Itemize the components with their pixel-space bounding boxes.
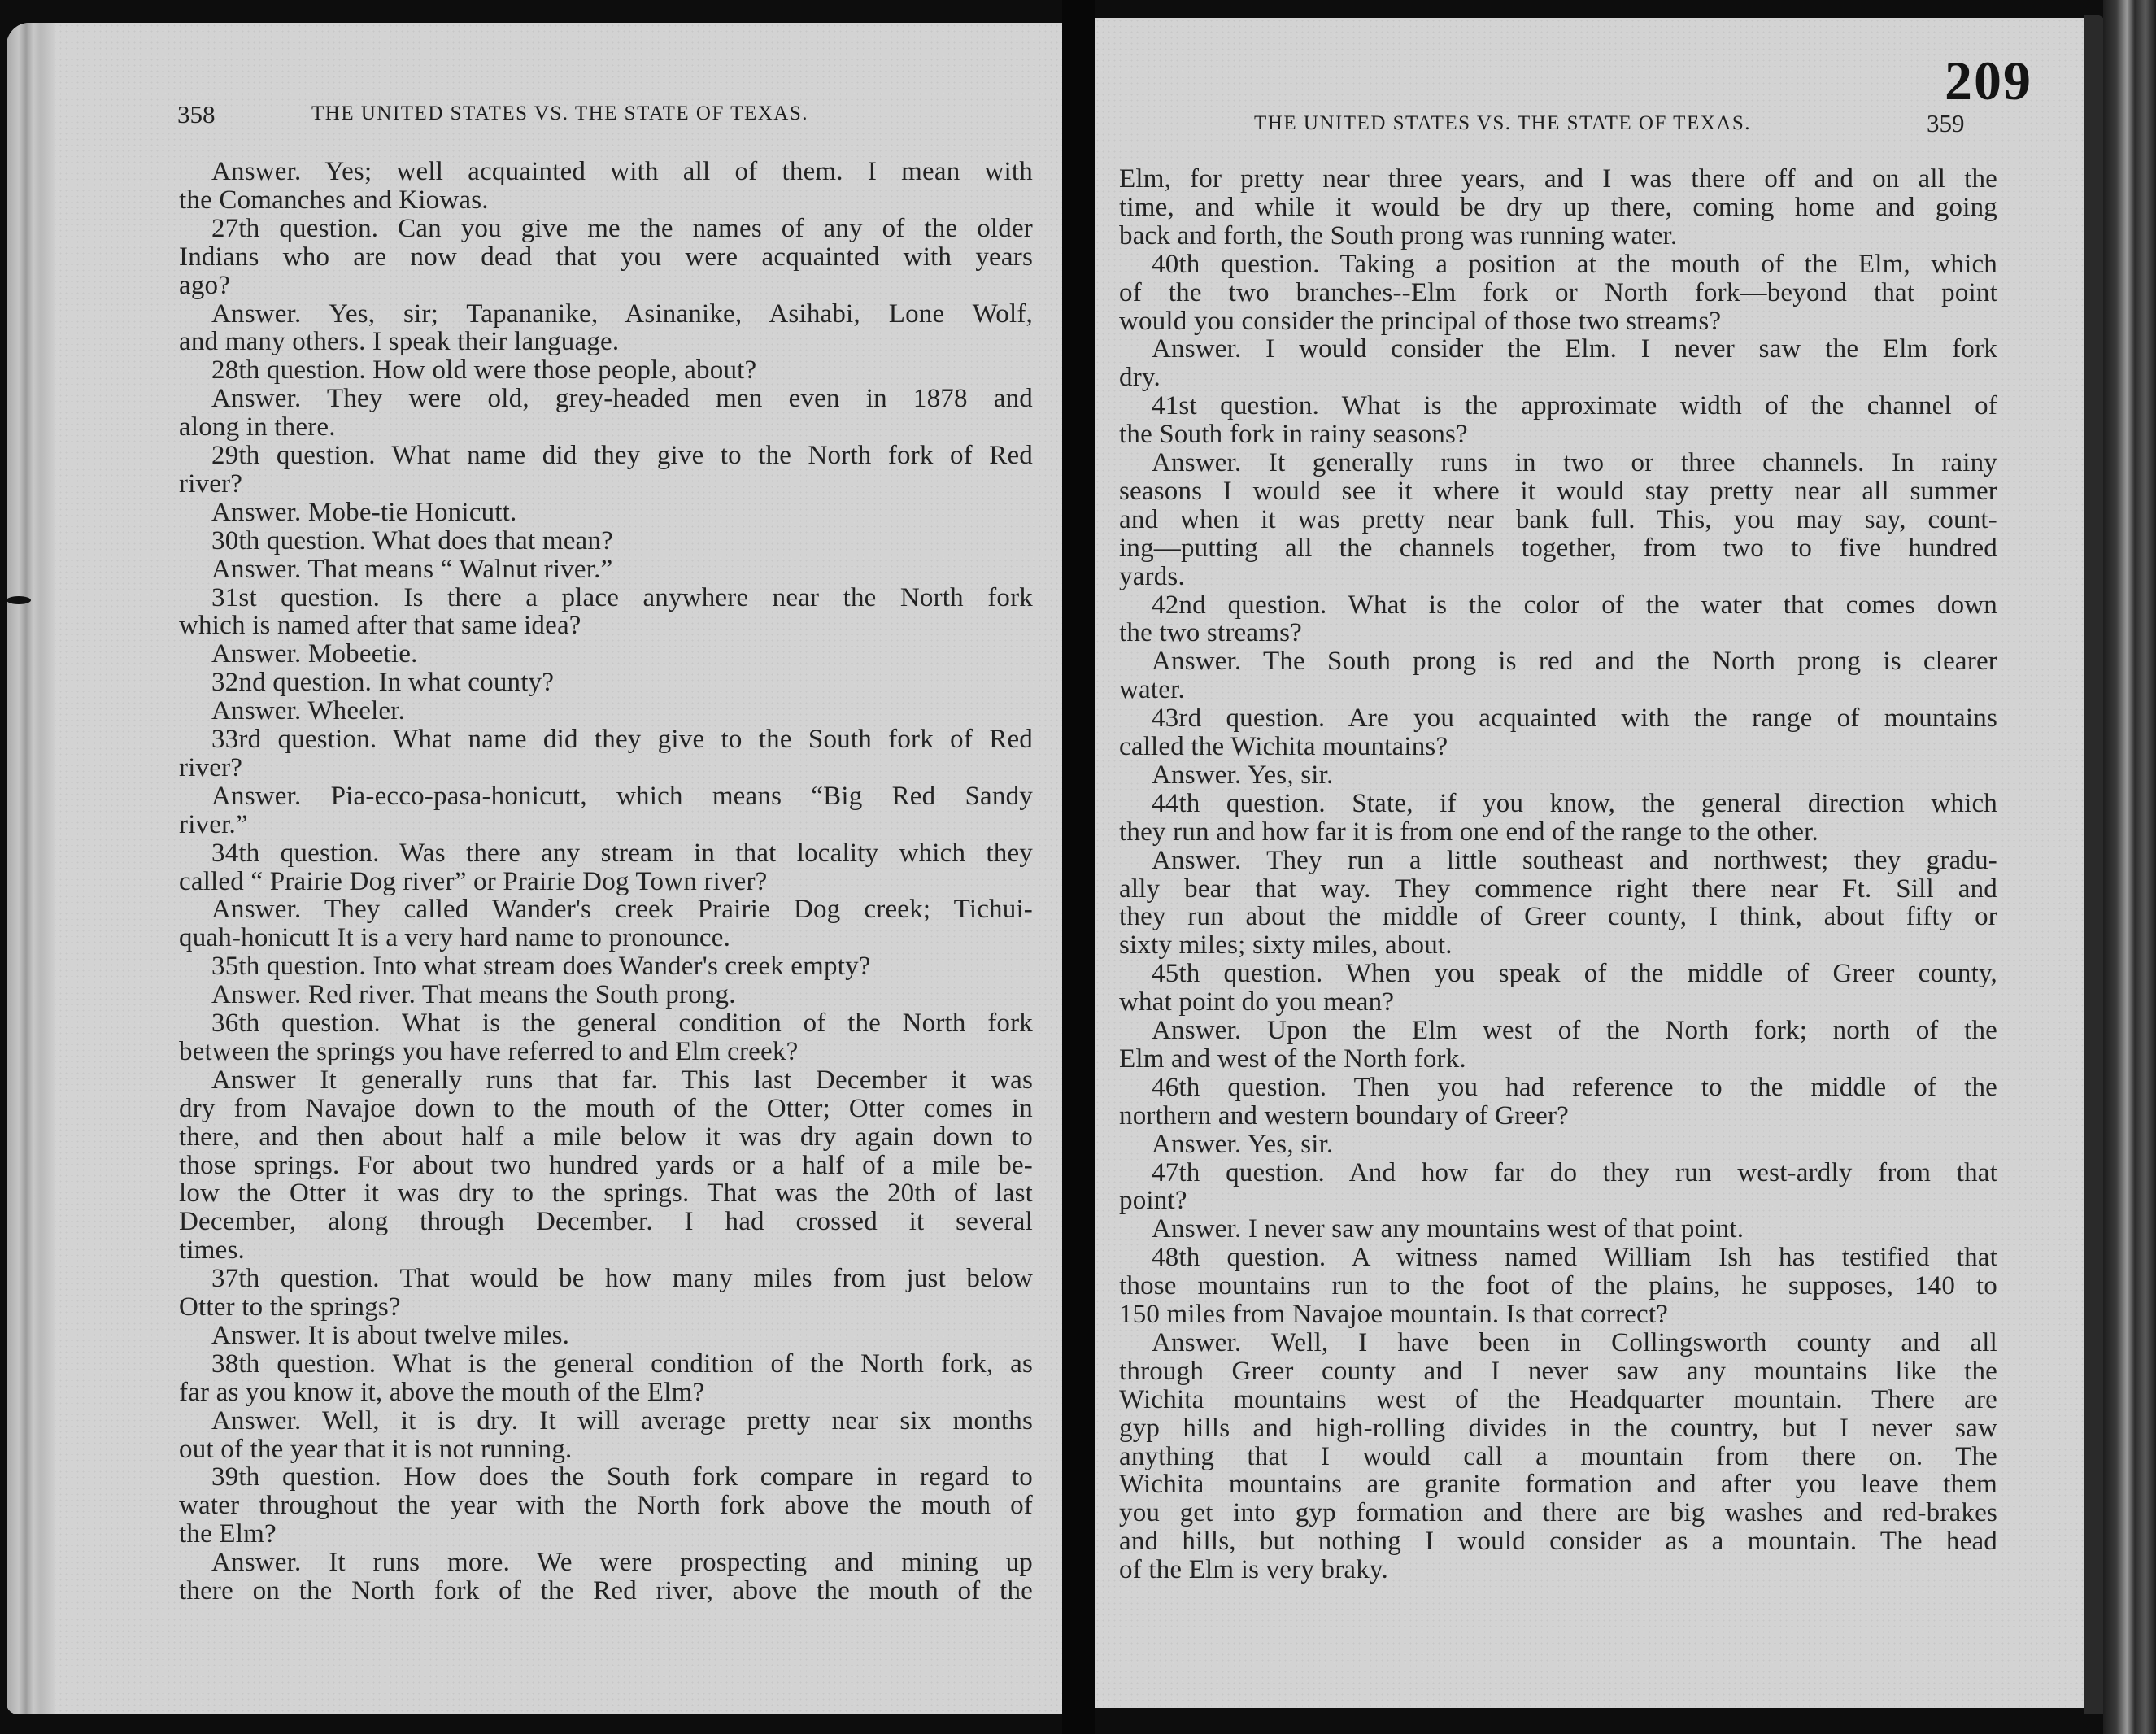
left-page-number: 358 xyxy=(177,100,216,129)
text-line: and many others. I speak their language. xyxy=(179,327,1033,356)
text-line: December, along through December. I had … xyxy=(179,1207,1033,1236)
text-line: 34th question. Was there any stream in t… xyxy=(179,839,1033,868)
text-line: 39th question. How does the South fork c… xyxy=(179,1462,1033,1492)
text-line: 29th question. What name did they give t… xyxy=(179,441,1033,470)
book-spread: 358 THE UNITED STATES VS. THE STATE OF T… xyxy=(0,0,2156,1734)
text-line: 47th question. And how far do they run w… xyxy=(1119,1158,1997,1187)
text-line: 36th question. What is the general condi… xyxy=(179,1009,1033,1038)
book-gutter xyxy=(1062,0,1095,1734)
text-line: Answer. Yes, sir. xyxy=(1119,1130,1997,1159)
text-line: quah-honicutt It is a very hard name to … xyxy=(179,923,1033,952)
text-line: Answer. It runs more. We were prospectin… xyxy=(179,1548,1033,1577)
text-line: ago? xyxy=(179,271,1033,300)
text-line: 27th question. Can you give me the names… xyxy=(179,214,1033,243)
text-line: Answer. It generally runs in two or thre… xyxy=(1119,448,1997,477)
text-line: which is named after that same idea? xyxy=(179,611,1033,640)
text-line: 38th question. What is the general condi… xyxy=(179,1349,1033,1379)
text-line: Answer. Yes, sir; Tapananike, Asinanike,… xyxy=(179,299,1033,329)
text-line: Answer. Red river. That means the South … xyxy=(179,980,1033,1009)
text-line: and hills, but nothing I would consider … xyxy=(1119,1527,1997,1556)
text-line: Answer. Yes; well acquainted with all of… xyxy=(179,157,1033,186)
text-line: Answer. That means “ Walnut river.” xyxy=(179,555,1033,584)
text-line: times. xyxy=(179,1235,1033,1265)
text-line: Answer. It is about twelve miles. xyxy=(179,1321,1033,1350)
text-line: water. xyxy=(1119,675,1997,704)
text-line: of the Elm is very braky. xyxy=(1119,1555,1997,1584)
text-line: Answer. I never saw any mountains west o… xyxy=(1119,1214,1997,1244)
text-line: 42nd question. What is the color of the … xyxy=(1119,590,1997,620)
left-running-head: THE UNITED STATES VS. THE STATE OF TEXAS… xyxy=(311,102,808,125)
text-line: Indians who are now dead that you were a… xyxy=(179,242,1033,272)
text-line: 48th question. A witness named William I… xyxy=(1119,1243,1997,1272)
text-line: called the Wichita mountains? xyxy=(1119,732,1997,761)
text-line: back and forth, the South prong was runn… xyxy=(1119,221,1997,251)
text-line: river.” xyxy=(179,810,1033,839)
text-line: what point do you mean? xyxy=(1119,987,1997,1017)
text-line: 45th question. When you speak of the mid… xyxy=(1119,959,1997,988)
text-line: 33rd question. What name did they give t… xyxy=(179,725,1033,754)
text-line: 44th question. State, if you know, the g… xyxy=(1119,789,1997,818)
text-line: time, and while it would be dry up there… xyxy=(1119,193,1997,222)
text-line: 30th question. What does that mean? xyxy=(179,526,1033,555)
text-line: there on the North fork of the Red river… xyxy=(179,1576,1033,1605)
text-line: 41st question. What is the approximate w… xyxy=(1119,391,1997,420)
text-line: dry from Navajoe down to the mouth of th… xyxy=(179,1094,1033,1123)
text-line: Answer. I would consider the Elm. I neve… xyxy=(1119,334,1997,364)
text-line: there, and then about half a mile below … xyxy=(179,1122,1033,1152)
text-line: Elm, for pretty near three years, and I … xyxy=(1119,164,1997,194)
text-line: Answer. Well, it is dry. It will average… xyxy=(179,1406,1033,1436)
text-line: 46th question. Then you had reference to… xyxy=(1119,1073,1997,1102)
text-line: those mountains run to the foot of the p… xyxy=(1119,1271,1997,1300)
text-line: gyp hills and high-rolling divides in th… xyxy=(1119,1414,1997,1443)
text-line: far as you know it, above the mouth of t… xyxy=(179,1378,1033,1407)
book-edge xyxy=(2103,0,2156,1734)
right-page: 209 THE UNITED STATES VS. THE STATE OF T… xyxy=(1095,18,2103,1708)
text-line: would you consider the principal of thos… xyxy=(1119,307,1997,336)
text-line: 32nd question. In what county? xyxy=(179,668,1033,697)
text-line: Answer. Yes, sir. xyxy=(1119,760,1997,790)
left-page: 358 THE UNITED STATES VS. THE STATE OF T… xyxy=(7,23,1062,1714)
text-line: low the Otter it was dry to the springs.… xyxy=(179,1179,1033,1208)
text-line: through Greer county and I never saw any… xyxy=(1119,1357,1997,1386)
text-line: 150 miles from Navajoe mountain. Is that… xyxy=(1119,1300,1997,1329)
text-line: the Comanches and Kiowas. xyxy=(179,185,1033,215)
text-line: point? xyxy=(1119,1186,1997,1215)
text-line: Answer. They run a little southeast and … xyxy=(1119,846,1997,875)
text-line: Answer. Upon the Elm west of the North f… xyxy=(1119,1016,1997,1045)
text-line: 28th question. How old were those people… xyxy=(179,355,1033,385)
text-line: yards. xyxy=(1119,562,1997,591)
text-line: 31st question. Is there a place anywhere… xyxy=(179,583,1033,612)
text-line: 35th question. Into what stream does Wan… xyxy=(179,952,1033,981)
text-line: 37th question. That would be how many mi… xyxy=(179,1264,1033,1293)
text-line: Wichita mountains west of the Headquarte… xyxy=(1119,1385,1997,1414)
text-line: Answer. They called Wander's creek Prair… xyxy=(179,895,1033,924)
text-line: the two streams? xyxy=(1119,618,1997,647)
text-line: Answer. Mobe-tie Honicutt. xyxy=(179,498,1033,527)
text-line: they run and how far it is from one end … xyxy=(1119,817,1997,847)
text-line: called “ Prairie Dog river” or Prairie D… xyxy=(179,867,1033,896)
text-line: they run about the middle of Greer count… xyxy=(1119,902,1997,931)
text-line: anything that I would call a mountain fr… xyxy=(1119,1442,1997,1471)
text-line: those springs. For about two hundred yar… xyxy=(179,1151,1033,1180)
text-line: and when it was pretty near bank full. T… xyxy=(1119,505,1997,534)
ink-smudge xyxy=(7,596,31,604)
text-line: you get into gyp formation and there are… xyxy=(1119,1498,1997,1527)
text-line: ally bear that way. They commence right … xyxy=(1119,874,1997,904)
text-line: along in there. xyxy=(179,412,1033,442)
text-line: river? xyxy=(179,753,1033,782)
text-line: Otter to the springs? xyxy=(179,1292,1033,1322)
text-line: sixty miles; sixty miles, about. xyxy=(1119,930,1997,960)
text-line: Elm and west of the North fork. xyxy=(1119,1044,1997,1074)
text-line: of the two branches--Elm fork or North f… xyxy=(1119,278,1997,307)
text-line: Answer. They were old, grey-headed men e… xyxy=(179,384,1033,413)
text-line: between the springs you have referred to… xyxy=(179,1037,1033,1066)
text-line: dry. xyxy=(1119,363,1997,392)
text-line: Answer. Well, I have been in Collingswor… xyxy=(1119,1328,1997,1357)
text-line: northern and western boundary of Greer? xyxy=(1119,1101,1997,1131)
text-line: the South fork in rainy seasons? xyxy=(1119,420,1997,449)
text-line: 40th question. Taking a position at the … xyxy=(1119,250,1997,279)
text-line: ing—putting all the channels together, f… xyxy=(1119,534,1997,563)
text-line: the Elm? xyxy=(179,1519,1033,1549)
text-line: Answer. The South prong is red and the N… xyxy=(1119,647,1997,676)
text-line: seasons I would see it where it would st… xyxy=(1119,477,1997,506)
text-line: out of the year that it is not running. xyxy=(179,1435,1033,1464)
text-line: Wichita mountains are granite formation … xyxy=(1119,1470,1997,1499)
text-line: water throughout the year with the North… xyxy=(179,1491,1033,1520)
text-line: 43rd question. Are you acquainted with t… xyxy=(1119,704,1997,733)
text-line: Answer. Mobeetie. xyxy=(179,639,1033,669)
right-running-head: THE UNITED STATES VS. THE STATE OF TEXAS… xyxy=(1254,112,1751,135)
text-line: Answer. Pia-ecco-pasa-honicutt, which me… xyxy=(179,782,1033,811)
text-line: river? xyxy=(179,469,1033,499)
page-stamp-number: 209 xyxy=(1945,49,2032,113)
text-line: Answer It generally runs that far. This … xyxy=(179,1065,1033,1095)
text-line: Answer. Wheeler. xyxy=(179,696,1033,725)
right-page-number: 359 xyxy=(1927,109,1965,138)
